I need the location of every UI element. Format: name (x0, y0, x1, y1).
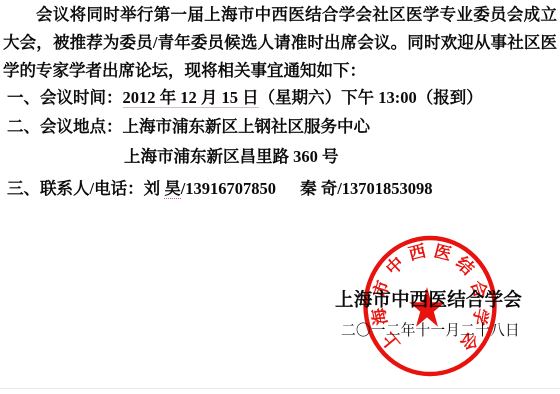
contact1-name-spellcheck: 昊 (164, 179, 181, 199)
meeting-venue-name: 上海市浦东新区上钢社区服务中心 (123, 117, 371, 136)
seal-ring-char: 西 (407, 241, 428, 264)
seal-ring-char: 合 (467, 278, 491, 300)
seal-star-icon (409, 287, 445, 327)
meeting-venue-line: 二、会议地点：上海市浦东新区上钢社区服务中心 (7, 117, 370, 137)
scan-edge-line (0, 388, 560, 389)
meeting-venue-label: 二、会议地点： (7, 117, 123, 136)
meeting-date-underlined: 2012 年 12 月 15 日 (123, 88, 259, 108)
meeting-time-line: 一、会议时间：2012 年 12 月 15 日（星期六）下午 13:00（报到） (7, 88, 483, 108)
intro-paragraph: 会议将同时举行第一届上海市中西医结合学会社区医学专业委员会成立大会，被推荐为委员… (3, 1, 557, 85)
contact2-name-phone: 秦 奇/13701853098 (300, 179, 432, 198)
seal-ring-char: 学 (469, 306, 492, 327)
seal-ring-char: 医 (432, 241, 453, 264)
contacts-line: 三、联系人/电话：刘 昊/13916707850秦 奇/13701853098 (7, 179, 433, 199)
meeting-address-text: 上海市浦东新区昌里路 360 号 (124, 147, 339, 166)
official-seal: 上海市中西医结合学会 (358, 232, 502, 380)
contact1-name: 刘 (144, 179, 165, 198)
scanned-meeting-notice: { "document": { "intro_paragraph": "会议将同… (0, 0, 560, 394)
contact1-phone: /13916707850 (181, 179, 276, 198)
meeting-time-detail: （星期六）下午 13:00（报到） (259, 88, 483, 107)
meeting-address-line: 上海市浦东新区昌里路 360 号 (124, 147, 339, 167)
meeting-time-label: 一、会议时间： (7, 88, 123, 107)
contacts-label: 三、联系人/电话： (7, 179, 144, 198)
seal-ring-char: 市 (369, 278, 393, 300)
seal-ring-char: 海 (368, 305, 391, 327)
